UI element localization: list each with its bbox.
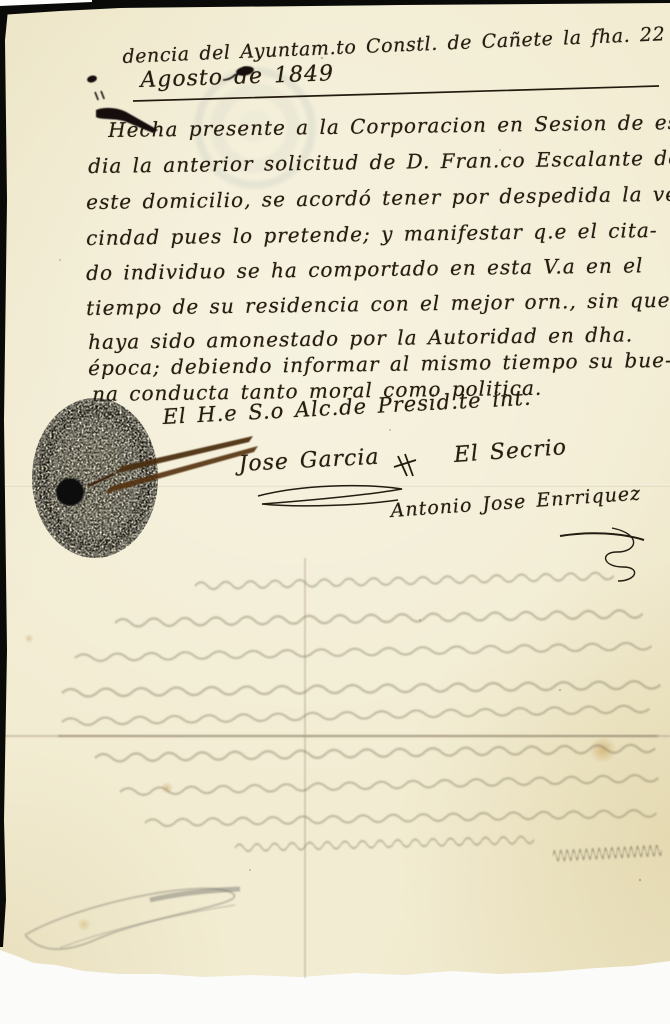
- foxing-stain: [24, 634, 34, 643]
- scanned-document: dencia del Ayuntam.to Constl. de Cañete …: [0, 0, 670, 1024]
- foxing-stain: [588, 738, 618, 762]
- foxing-stain: [76, 918, 92, 931]
- fold-crease-lower-dark: [58, 735, 658, 737]
- foxing-stain: [160, 782, 174, 794]
- fold-crease-vertical: [304, 558, 306, 978]
